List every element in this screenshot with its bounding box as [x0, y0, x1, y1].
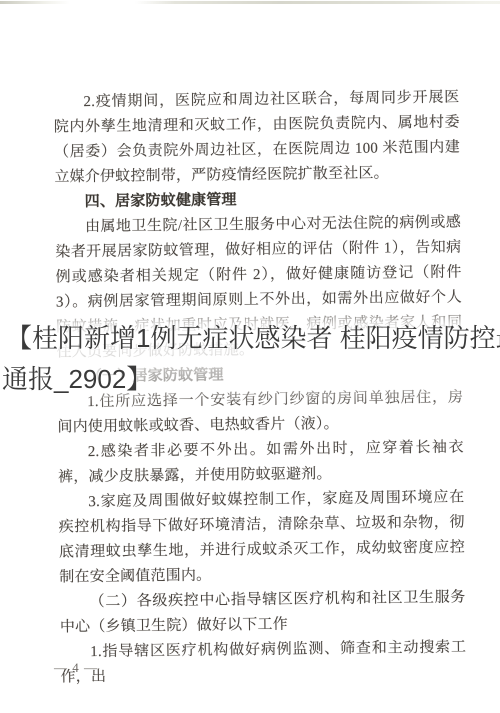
doc-paragraph: 1.指导辖区医疗机构做好病例监测、筛查和主动搜索工作，出: [60, 636, 467, 691]
doc-paragraph: 3.家庭及周围做好蚊媒控制工作，家庭及周围环境应在疾控机构指导下做好环境清洁，清…: [58, 486, 465, 591]
overlay-title: 【桂阳新增1例无症状感染者 桂阳疫情防控最新 通报_2902】: [2, 318, 500, 400]
doc-paragraph: 2.疫情期间，医院应和周边社区联合，每周同步开展医院内外孳生地清理和灭蚊工作，由…: [53, 86, 460, 191]
doc-heading: （二）各级疾控中心指导辖区医疗机构和社区卫生服务中心（乡镇卫生院）做好以下工作: [59, 586, 466, 641]
scan-page: 2.疫情期间，医院应和周边社区联合，每周同步开展医院内外孳生地清理和灭蚊工作，由…: [0, 0, 500, 713]
overlay-title-line2: 通报_2902】: [2, 359, 500, 400]
overlay-title-line1: 【桂阳新增1例无症状感染者 桂阳疫情防控最新: [2, 318, 500, 359]
page-number: — 4 —: [54, 660, 98, 676]
doc-paragraph: 2.感染者非必要不外出。如需外出时，应穿着长袖衣裤，减少皮肤暴露，并使用防蚊驱避…: [58, 436, 465, 491]
scan-edge-artifact: [0, 1, 500, 4]
